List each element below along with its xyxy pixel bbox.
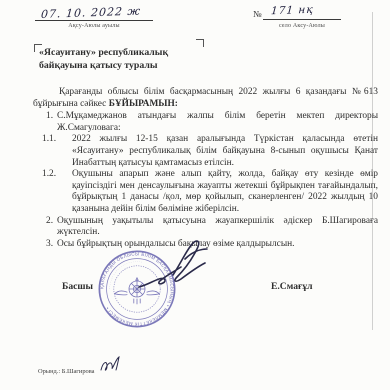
item-number: 3. <box>46 239 57 251</box>
order-body: Қарағанды облысы білім басқармасының 202… <box>33 87 378 250</box>
order-item-2: 2. Оқушының уақытылы қатысуына жауапкерш… <box>46 216 378 239</box>
executor-label: Орынд.: Б.Шагирова <box>38 368 95 375</box>
intro-text: Қарағанды облысы білім басқармасының 202… <box>33 87 378 109</box>
order-item-1-1: 1.1. 2022 жылғы 12-15 қазан аралығында Т… <box>42 134 378 169</box>
handwritten-date: 07. 10. 2022 ж <box>41 4 154 21</box>
item-number: 1.2. <box>42 169 72 215</box>
signer-name: Е.Смағұл <box>271 281 313 292</box>
item-number: 2. <box>46 216 57 239</box>
number-place-label: село Аксу-Аюлы <box>258 23 346 29</box>
item-number: 1. <box>46 111 57 134</box>
date-line: 07. 10. 2022 ж <box>35 4 153 21</box>
date-place-label: Ақсу-Аюлы ауылы <box>35 23 153 29</box>
intro-bold-word: БҰЙЫРАМЫН: <box>109 99 178 109</box>
number-sign: № <box>253 9 262 19</box>
title-corner-right <box>196 39 204 47</box>
executor-initials-signature <box>99 357 125 375</box>
document-title: «Ясауитану» республикалық байқауына қаты… <box>39 47 168 72</box>
item-text: 2022 жылғы 12-15 қазан аралығында Түркіс… <box>72 134 378 169</box>
pen-signature <box>133 237 213 297</box>
item-text: С.Мұқамеджанов атындағы жалпы білім бере… <box>57 111 378 134</box>
order-item-1: 1. С.Мұқамеджанов атындағы жалпы білім б… <box>46 111 378 134</box>
order-item-1-2: 1.2. Оқушыны апарып және алып қайту, жол… <box>42 169 378 215</box>
title-line-2: байқауына қатысу туралы <box>39 60 168 73</box>
signer-position-label: Басшы <box>62 281 93 292</box>
executor-row: Орынд.: Б.Шагирова <box>38 363 125 375</box>
item-number: 1.1. <box>42 134 72 169</box>
item-text: Оқушыны апарып және алып қайту, жолда, б… <box>72 169 378 215</box>
intro-paragraph: Қарағанды облысы білім басқармасының 202… <box>33 87 378 110</box>
item-text: Оқушының уақытылы қатысуына жауапкершілі… <box>57 216 378 239</box>
scanned-order-document: { "doc": { "header": { "date_handwritten… <box>0 0 390 390</box>
title-line-1: «Ясауитану» республикалық <box>39 47 168 60</box>
handwritten-number: 171 нқ <box>271 3 342 17</box>
number-line: 171 нқ <box>263 3 341 20</box>
